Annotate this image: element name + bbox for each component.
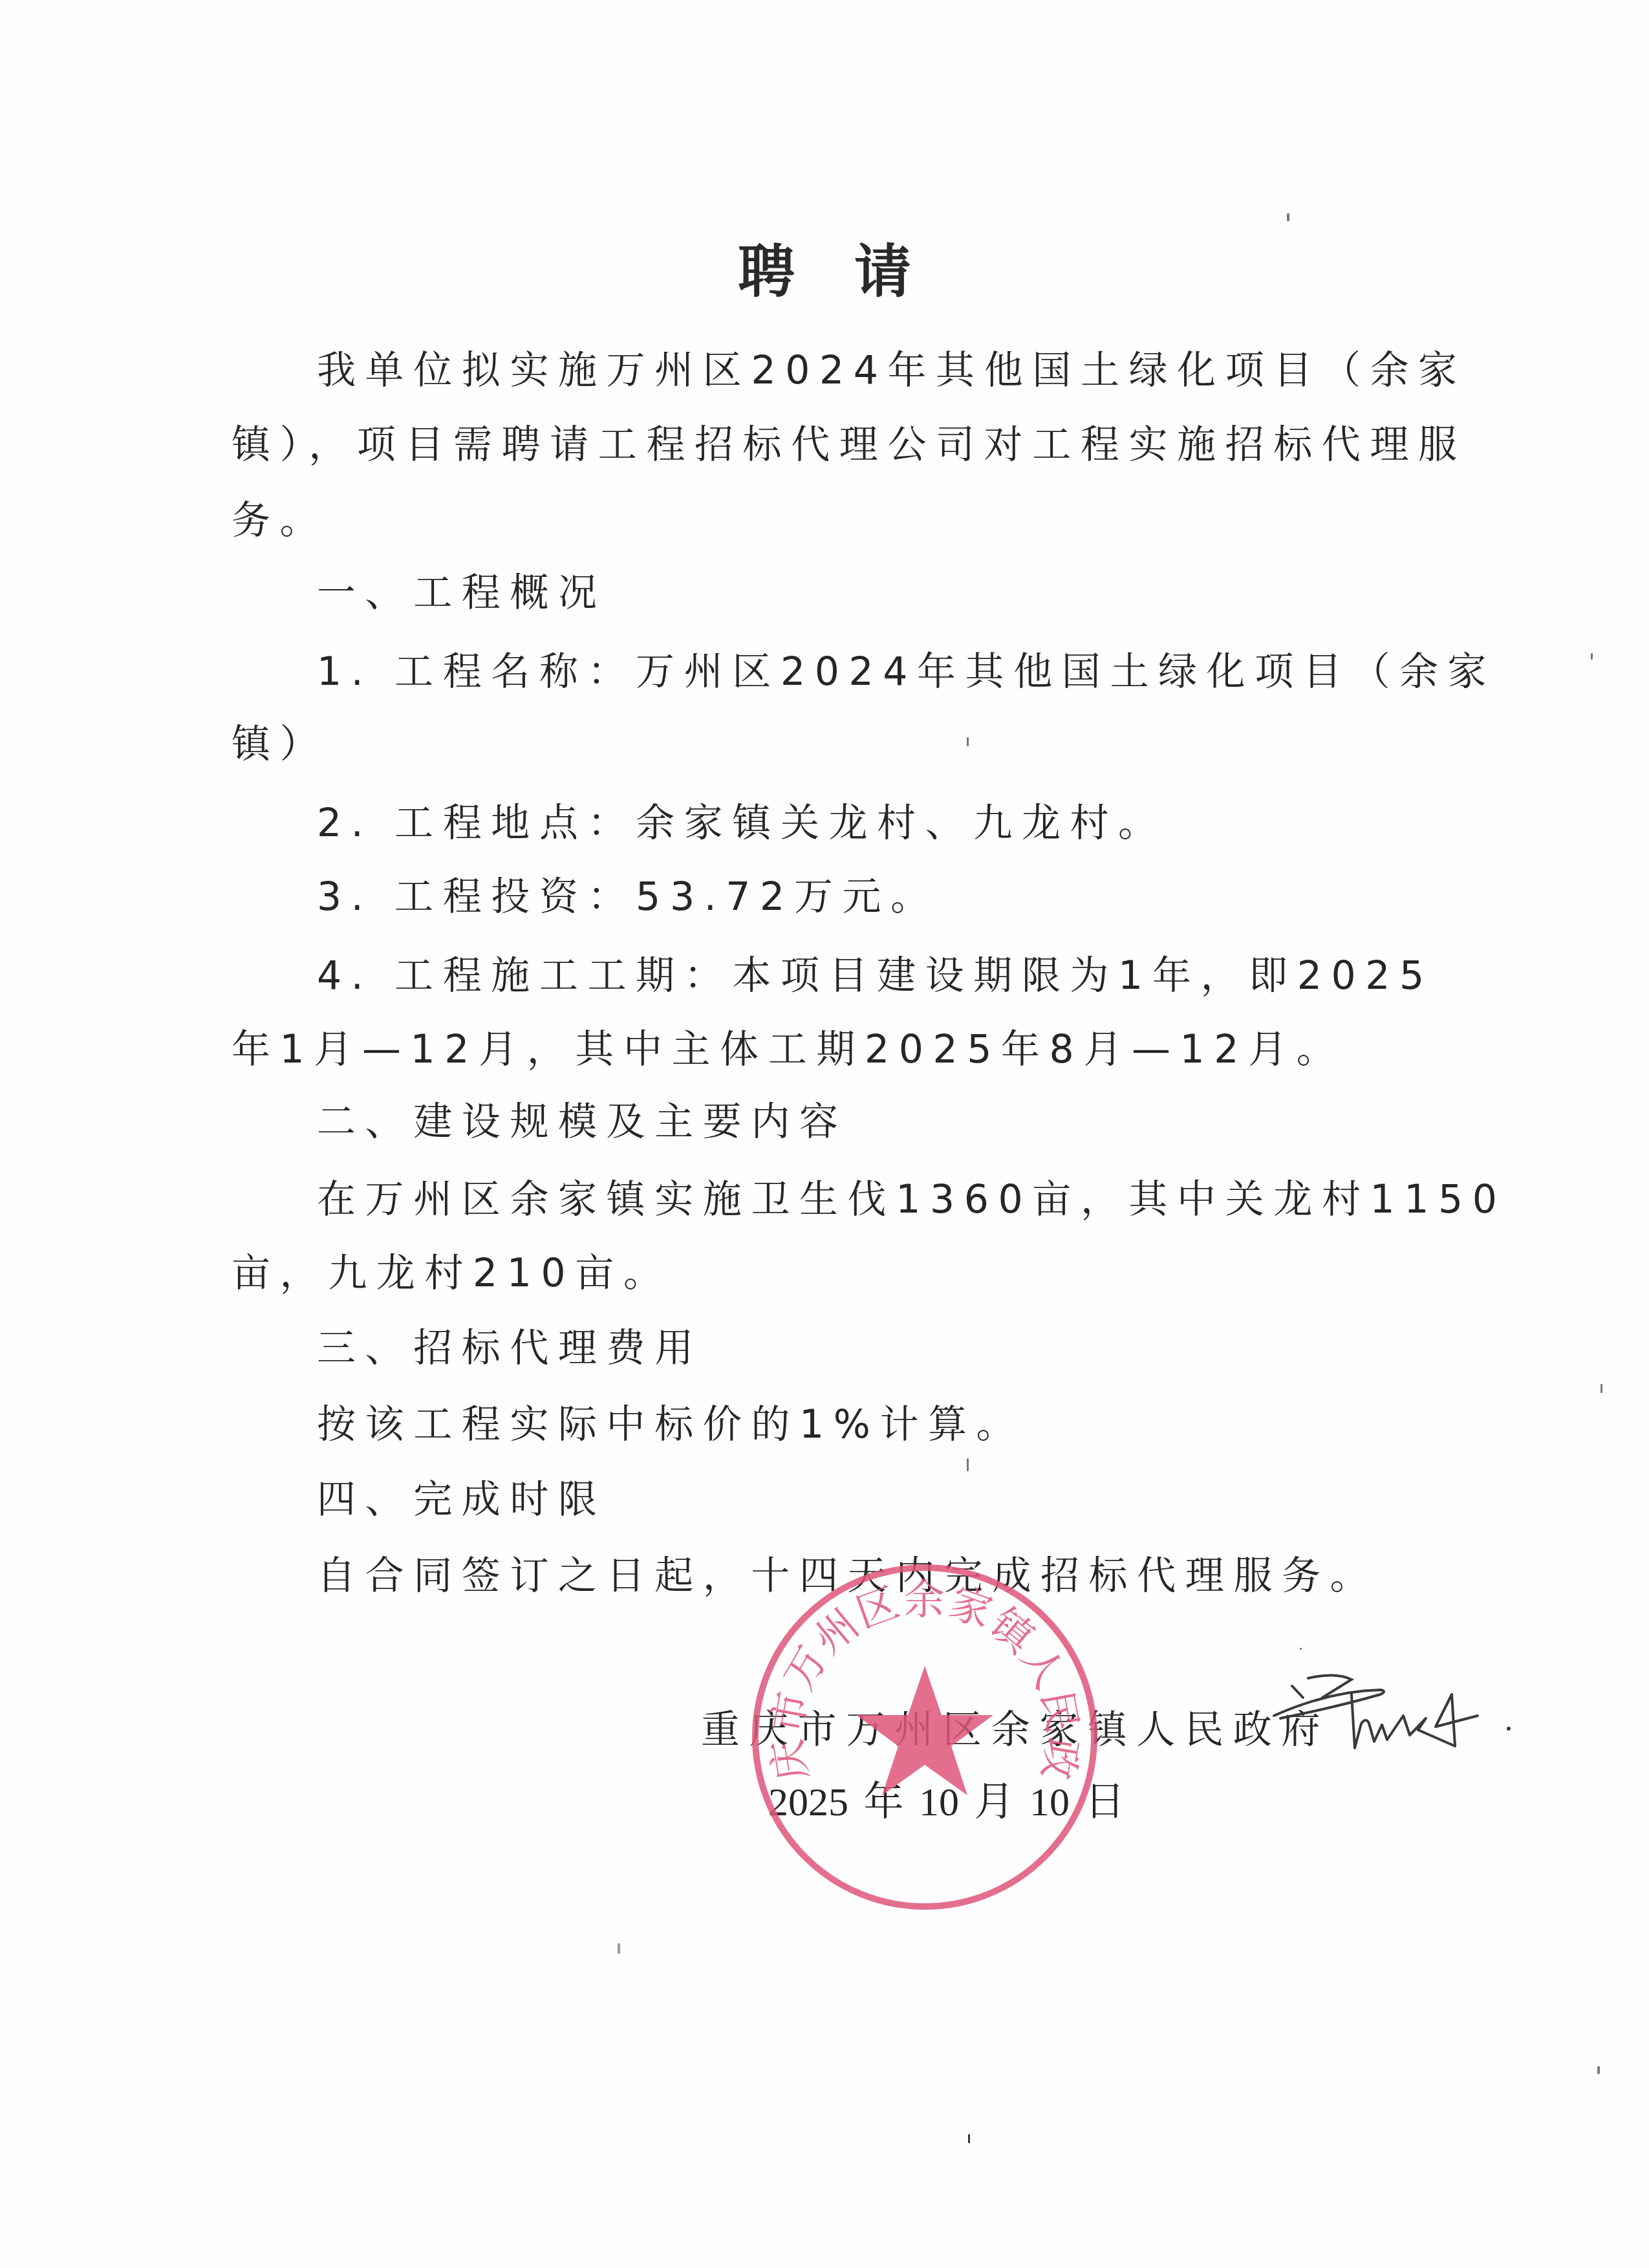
handwritten-signature [1271, 1665, 1516, 1756]
scan-speck [1600, 1384, 1602, 1393]
section1-item2: 2. 工程地点：余家镇关龙村、九龙村。 [317, 801, 1167, 846]
intro-line-3: 务。 [232, 498, 328, 543]
scan-speck [618, 1943, 620, 1954]
section3-line1: 按该工程实际中标价的1%计算。 [317, 1402, 1024, 1447]
section3-heading: 三、招标代理费用 [317, 1326, 703, 1371]
scan-speck [1591, 653, 1593, 660]
section1-heading: 一、工程概况 [317, 570, 607, 616]
section1-item3: 3. 工程投资：53.72万元。 [317, 874, 939, 920]
issuing-organization: 重庆市万州区余家镇人民政府 [701, 1707, 1330, 1753]
scan-speck [1287, 213, 1289, 221]
scan-speck [1300, 1648, 1302, 1650]
section4-heading: 四、完成时限 [317, 1477, 607, 1522]
document-page: 聘请 我单位拟实施万州区2024年其他国土绿化项目（余家 镇），项目需聘请工程招… [0, 0, 1649, 2268]
section1-item1-line1: 1. 工程名称：万州区2024年其他国土绿化项目（余家 [317, 649, 1496, 695]
intro-line-1: 我单位拟实施万州区2024年其他国土绿化项目（余家 [317, 348, 1467, 393]
scan-speck [967, 1458, 969, 1471]
scan-speck [967, 737, 969, 746]
section2-heading: 二、建设规模及主要内容 [317, 1099, 848, 1145]
issue-date: 2025 年 10 月 10 日 [768, 1780, 1125, 1825]
intro-line-2: 镇），项目需聘请工程招标代理公司对工程实施招标代理服 [232, 422, 1467, 468]
section2-line2: 亩，九龙村210亩。 [232, 1251, 672, 1296]
section2-line1: 在万州区余家镇实施卫生伐1360亩，其中关龙村1150 [317, 1177, 1507, 1222]
scan-speck [968, 2134, 970, 2143]
scan-speck [1597, 2066, 1600, 2074]
section1-item4-line1: 4. 工程施工工期：本项目建设期限为1年，即2025 [317, 953, 1434, 999]
document-title: 聘请 [0, 226, 1649, 308]
section4-line1: 自合同签订之日起，十四天内完成招标代理服务。 [317, 1553, 1378, 1599]
section1-item1-line2: 镇） [232, 722, 328, 767]
section1-item4-line2: 年1月—12月，其中主体工期2025年8月—12月。 [232, 1027, 1344, 1072]
